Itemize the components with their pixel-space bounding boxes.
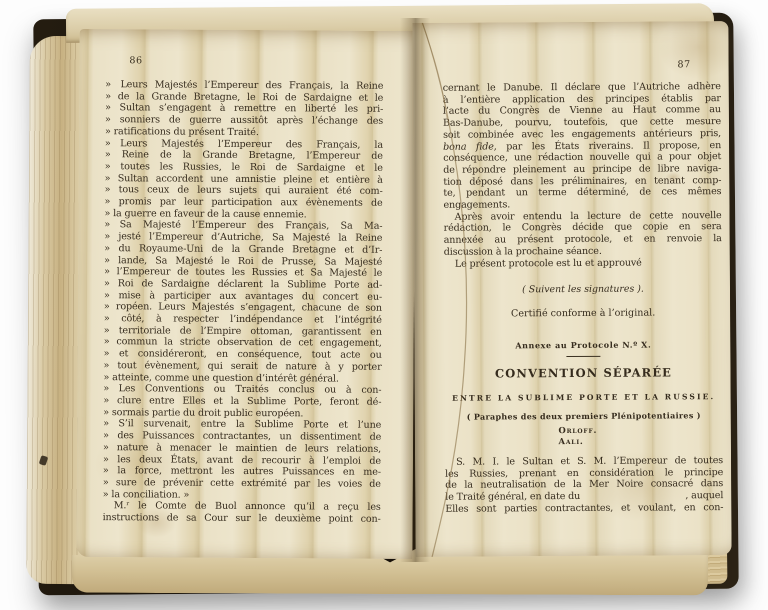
convention-subtitle: ENTRE LA SUBLIME PORTE ET LA RUSSIE. bbox=[445, 392, 723, 403]
text-line: » du Royaume-Uni de la Grande Bretagne e… bbox=[104, 243, 382, 256]
text-line: » nature à menacer le maintien de leurs … bbox=[103, 442, 381, 455]
left-page: 86 » Leurs Majestés l’Empereur des Franç… bbox=[76, 29, 415, 559]
right-page: 87 cernant le Danube. Il déclare que l’A… bbox=[412, 21, 731, 557]
text-line: de la neutralisation de la Mer Noire con… bbox=[445, 478, 723, 491]
signer-orloff: Orloff. bbox=[558, 425, 597, 436]
signer-aali: Aali. bbox=[559, 435, 598, 446]
paper-stain bbox=[658, 15, 738, 79]
annexe-heading: Annexe au Protocole N.º X. bbox=[444, 339, 722, 351]
page-number-left: 86 bbox=[129, 55, 142, 66]
signers-names: Orloff. Aali. bbox=[558, 425, 597, 446]
text-line: instructions de sa Cour sur le deuxième … bbox=[103, 512, 381, 525]
text-line: » ratifications du présent Traité. bbox=[105, 126, 383, 139]
text-line: Le présent protocole est lu et approuvé bbox=[444, 257, 722, 270]
signatures-note: ( Suivent les signatures ). bbox=[444, 283, 722, 296]
text-line: Elles sont parties contractantes, et vou… bbox=[445, 502, 723, 515]
open-book: 86 » Leurs Majestés l’Empereur des Franç… bbox=[26, 4, 740, 602]
right-page-paragraph-2: S. M. I. le Sultan et S. M. l’Empereur d… bbox=[445, 455, 723, 515]
paraphes-note: ( Paraphes des deux premiers Plénipotent… bbox=[445, 410, 723, 422]
right-page-paragraph-1: cernant le Danube. Il déclare que l’Autr… bbox=[443, 81, 722, 270]
text-line: te, pendant un terme déterminé, de ces m… bbox=[443, 186, 721, 199]
photo-background: 86 » Leurs Majestés l’Empereur des Franç… bbox=[0, 0, 768, 610]
page-number-right: 87 bbox=[678, 59, 691, 70]
convention-title: CONVENTION SÉPARÉE bbox=[444, 365, 722, 381]
text-line: soit combinée avec les engagements antér… bbox=[443, 128, 721, 141]
certification-line: Certifié conforme à l’original. bbox=[444, 307, 722, 320]
left-page-text: » Leurs Majestés l’Empereur des Français… bbox=[103, 79, 384, 525]
separator-rule bbox=[566, 356, 600, 357]
signers-block: Orloff. Aali. bbox=[445, 424, 723, 448]
text-line: annexée au présent protocole, et en renv… bbox=[444, 233, 722, 246]
